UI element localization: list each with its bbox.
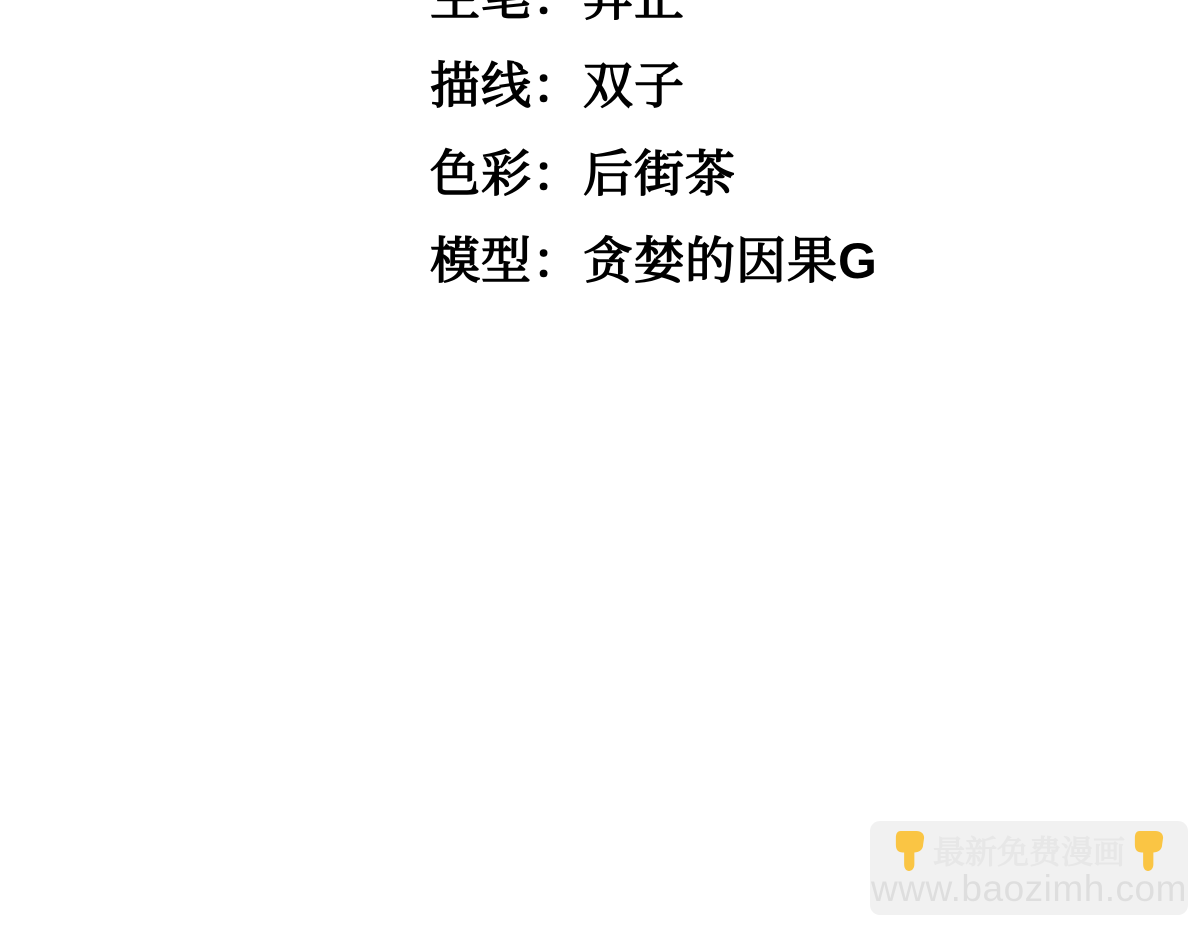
point-down-icon [891, 829, 928, 872]
site-watermark-badge: 最新免费漫画 www.baozimh.com [870, 821, 1188, 915]
watermark-url: www.baozimh.com [871, 870, 1187, 908]
credit-line-line-art: 描线：双子 [430, 61, 685, 111]
watermark-tagline: 最新免费漫画 [933, 827, 1125, 873]
credit-line-coloring: 色彩：后街茶 [430, 149, 736, 199]
watermark-top-row: 最新免费漫画 [891, 828, 1167, 872]
point-down-icon [1130, 829, 1167, 872]
credit-line-modeling: 模型：贪婪的因果G [430, 236, 878, 286]
credit-line-lead-artist: 主笔：异止 [430, 0, 685, 23]
